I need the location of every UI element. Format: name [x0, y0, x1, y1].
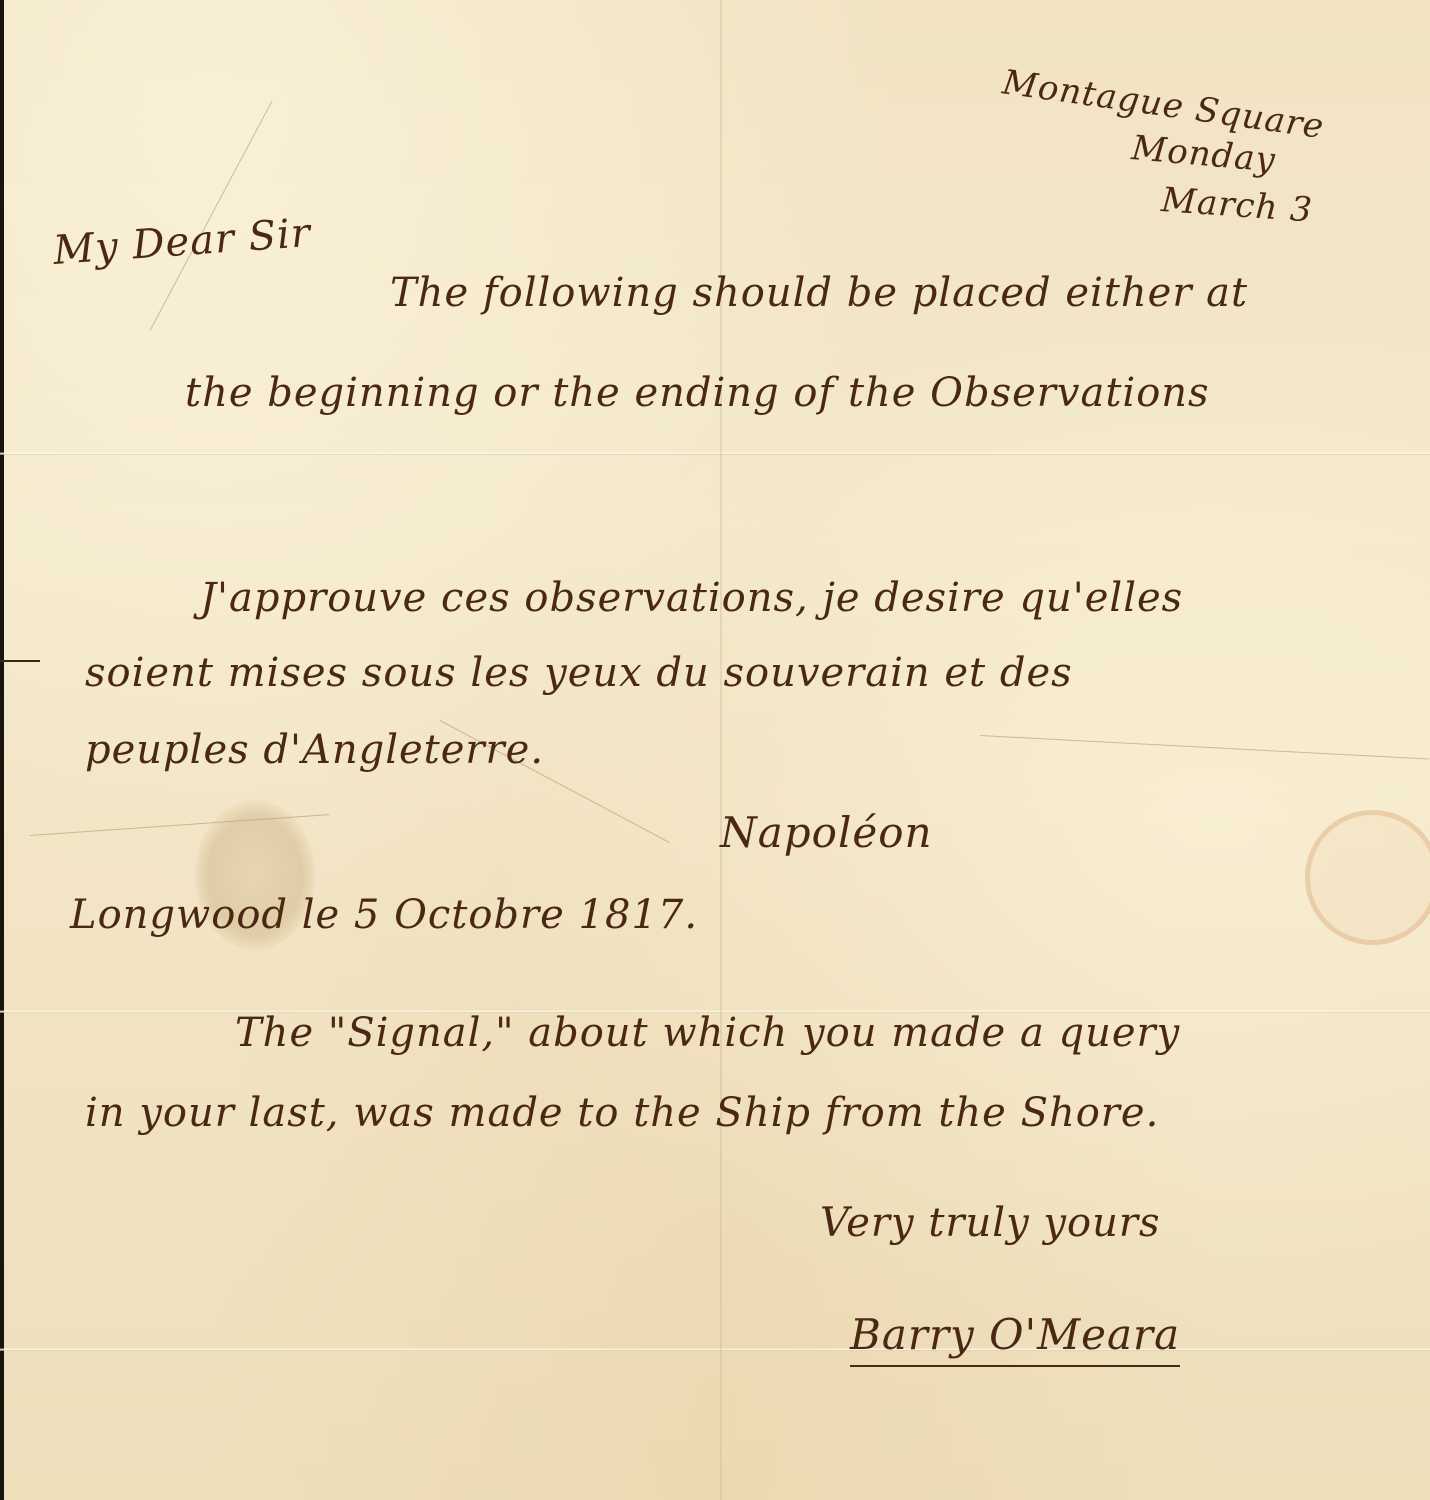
ring-stain: [1305, 810, 1430, 945]
napoleon-signature: Napoléon: [720, 808, 933, 857]
omeara-signature: Barry O'Meara: [850, 1310, 1180, 1367]
letter-page: Montague Square Monday March 3 My Dear S…: [0, 0, 1430, 1500]
french-line-3: peuples d'Angleterre.: [85, 727, 544, 773]
postscript-line-1: The "Signal," about which you made a que…: [235, 1010, 1180, 1056]
french-line-2: soient mises sous les yeux du souverain …: [85, 650, 1073, 696]
fold-line-bottom: [0, 1348, 1430, 1351]
body-line-1: The following should be placed either at: [390, 270, 1248, 316]
fold-line-vertical: [720, 0, 722, 1500]
crease: [980, 735, 1429, 760]
margin-mark: [0, 660, 40, 662]
page-edge: [0, 0, 4, 1500]
body-line-2: the beginning or the ending of the Obser…: [185, 370, 1210, 416]
salutation: My Dear Sir: [52, 210, 313, 274]
french-line-1: J'approuve ces observations, je desire q…: [200, 575, 1183, 621]
fold-line-upper: [0, 452, 1430, 455]
closing: Very truly yours: [820, 1200, 1160, 1246]
postscript-line-2: in your last, was made to the Ship from …: [85, 1090, 1159, 1136]
heading-date: March 3: [1160, 180, 1314, 230]
french-dateline: Longwood le 5 Octobre 1817.: [70, 892, 698, 938]
